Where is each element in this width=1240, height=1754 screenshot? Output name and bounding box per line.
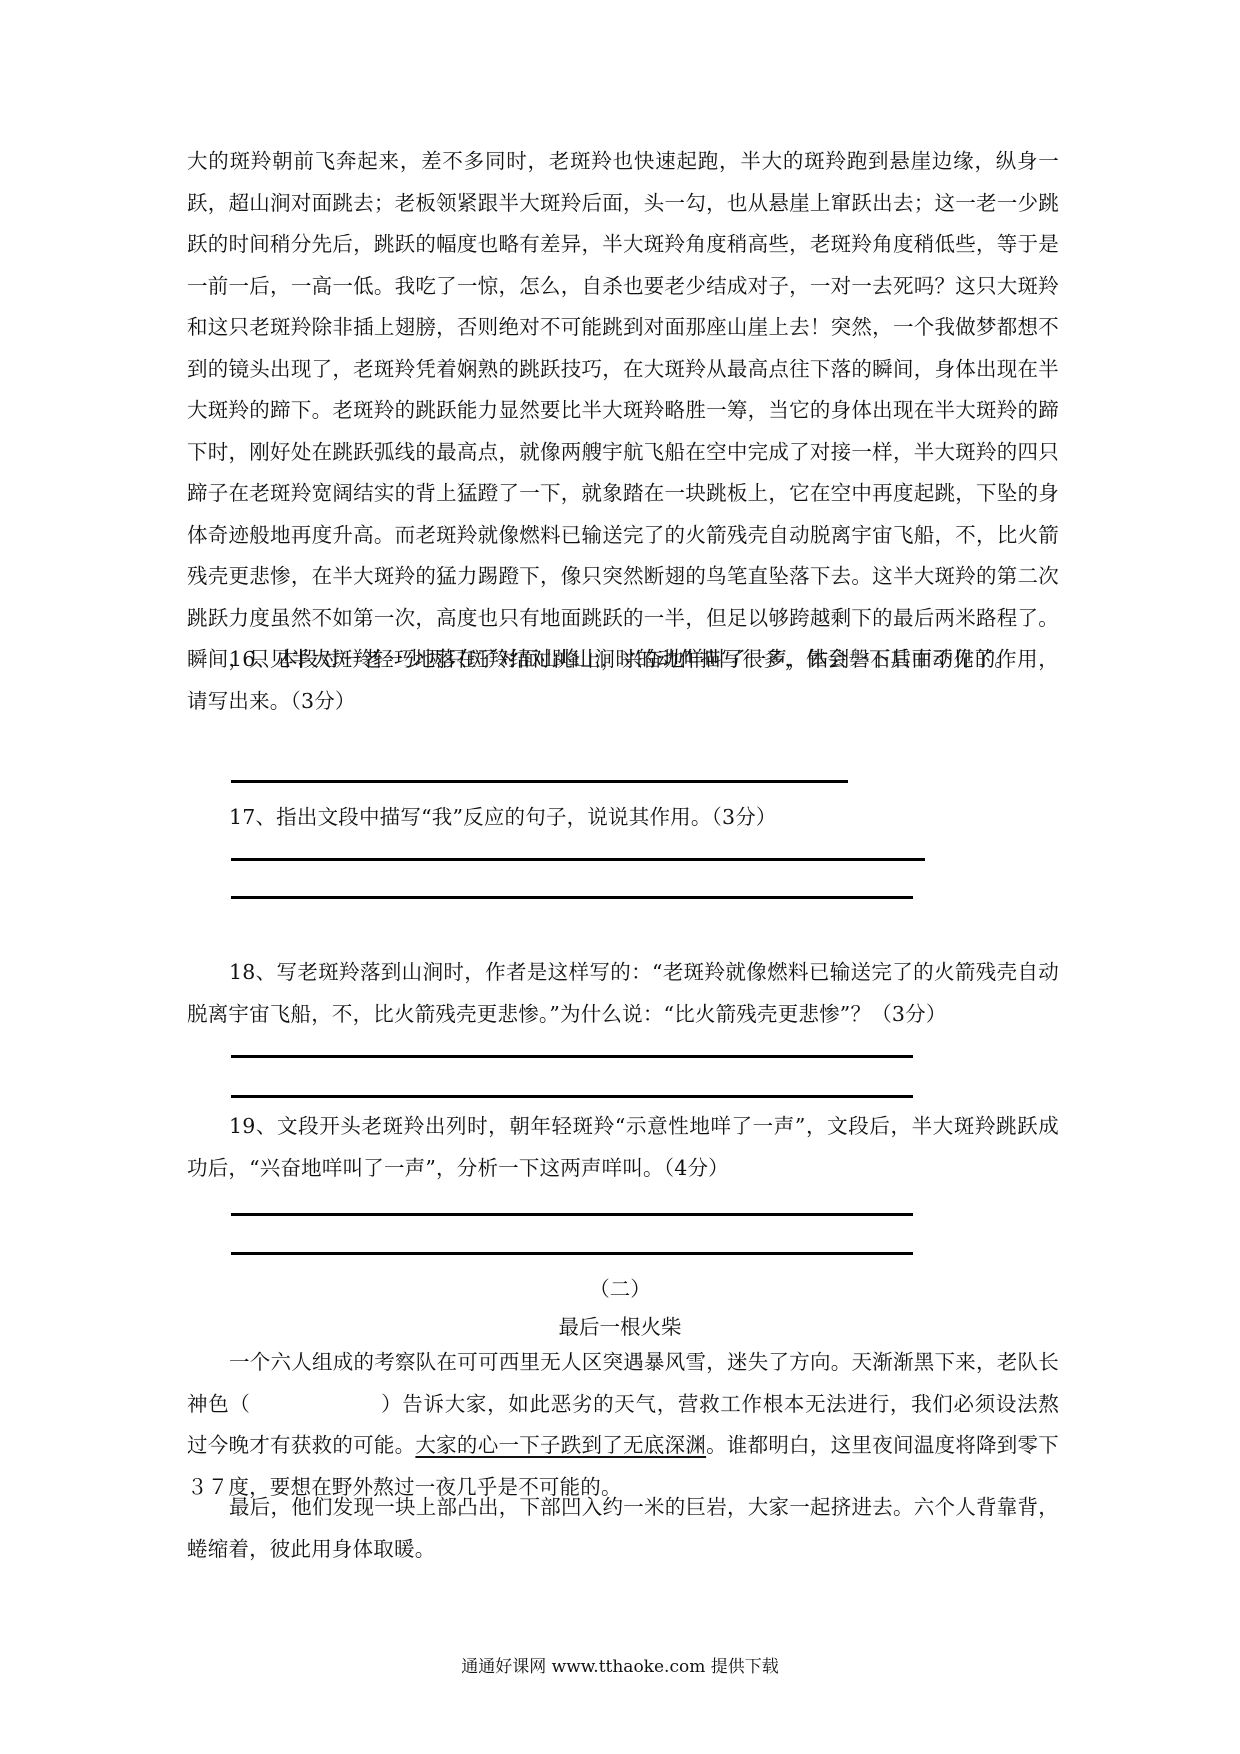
answer-line-18-2[interactable] [231, 1095, 913, 1098]
answer-line-17-2[interactable] [231, 896, 913, 899]
question-19: 19、文段开头老斑羚出列时，朝年轻斑羚“示意性地咩了一声”，文段后，半大斑羚跳跃… [187, 1106, 1059, 1189]
question-17: 17、指出文段中描写“我”反应的句子，说说其作用。（3分） [187, 797, 1059, 839]
question-16: 16、本段对一老一少两只斑羚结对跳山涧时的动作描写很多，体会一下其中动作的作用，… [187, 639, 1059, 722]
question-18: 18、写老斑羚落到山涧时，作者是这样写的：“老斑羚就像燃料已输送完了的火箭残壳自… [187, 952, 1059, 1035]
answer-line-19-2[interactable] [231, 1252, 913, 1255]
footer-source: 通通好课网 www.tthaoke.com 提供下载 [0, 1652, 1240, 1677]
section-label: （二） [0, 1272, 1240, 1302]
exam-page: 大的斑羚朝前飞奔起来，差不多同时，老斑羚也快速起跑，半大的斑羚跑到悬崖边缘，纵身… [0, 0, 1240, 1754]
answer-line-19-1[interactable] [231, 1213, 913, 1216]
answer-line-18-1[interactable] [231, 1055, 913, 1058]
answer-line-17-1[interactable] [231, 858, 925, 861]
underlined-sentence: 大家的心一下子跌到了无底深渊 [415, 1433, 706, 1457]
passage-two-paragraph-1: 一个六人组成的考察队在可可西里无人区突遇暴风雪，迷失了方向。天渐渐黑下来，老队长… [187, 1342, 1059, 1508]
passage-one-text: 大的斑羚朝前飞奔起来，差不多同时，老斑羚也快速起跑，半大的斑羚跑到悬崖边缘，纵身… [187, 141, 1059, 681]
passage-two-paragraph-2: 最后，他们发现一块上部凸出，下部凹入约一米的巨岩，大家一起挤进去。六个人背靠背，… [187, 1487, 1059, 1570]
passage-title: 最后一根火柴 [0, 1310, 1240, 1340]
answer-line-16-1[interactable] [231, 780, 848, 783]
